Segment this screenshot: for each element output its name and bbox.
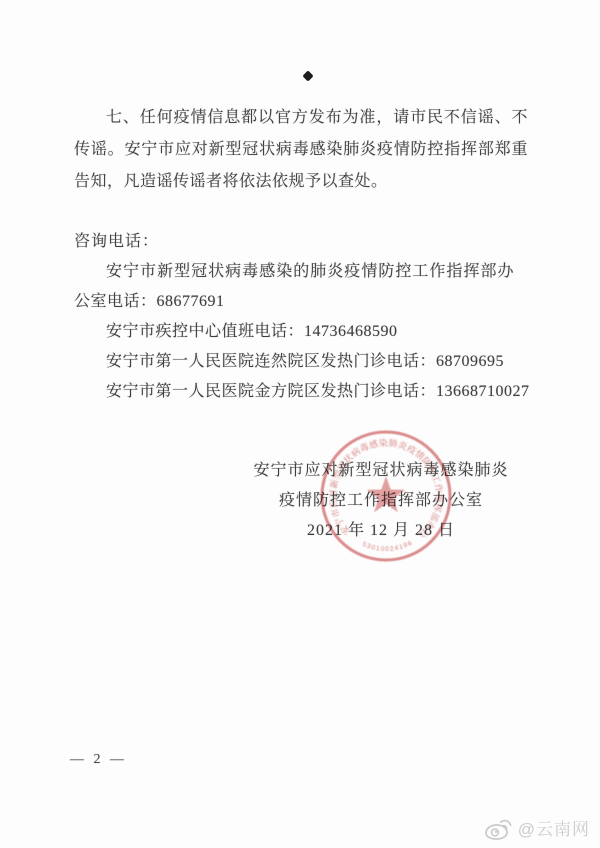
- seal-ring-text: 安宁市应对新型冠状病毒感染肺炎疫情防控工作指挥部办公室: [316, 426, 445, 540]
- svg-text:安宁市应对新型冠状病毒感染肺炎疫情防控工作指挥部办公室: 安宁市应对新型冠状病毒感染肺炎疫情防控工作指挥部办公室: [316, 426, 445, 540]
- phone-list: 安宁市新型冠状病毒感染的肺炎疫情防控工作指挥部办公室电话：68677691 安宁…: [74, 257, 514, 407]
- phone-line-cdc: 安宁市疾控中心值班电话：14736468590: [74, 317, 514, 347]
- seal-star-icon: [367, 476, 405, 512]
- consult-phone-label: 咨询电话：: [74, 228, 159, 251]
- notice-paragraph-seven: 七、任何疫情信息都以官方发布为准，请市民不信谣、不传谣。安宁市应对新型冠状病毒感…: [74, 102, 528, 198]
- official-red-seal: 安宁市应对新型冠状病毒感染肺炎疫情防控工作指挥部办公室 530100241967: [316, 426, 456, 566]
- watermark: @云南网: [485, 815, 590, 840]
- phone-line-hospital-lianran: 安宁市第一人民医院连然院区发热门诊电话：68709695: [74, 347, 514, 377]
- weibo-icon: [485, 816, 513, 840]
- phone-line-hospital-jinfang: 安宁市第一人民医院金方院区发热门诊电话：13668710027: [74, 377, 514, 407]
- phone-line-command-office: 安宁市新型冠状病毒感染的肺炎疫情防控工作指挥部办公室电话：68677691: [74, 257, 514, 317]
- scanned-document-page: 七、任何疫情信息都以官方发布为准，请市民不信谣、不传谣。安宁市应对新型冠状病毒感…: [0, 0, 600, 848]
- watermark-text: @云南网: [518, 815, 590, 840]
- page-number: — 2 —: [70, 752, 127, 768]
- ink-speck: [302, 70, 313, 81]
